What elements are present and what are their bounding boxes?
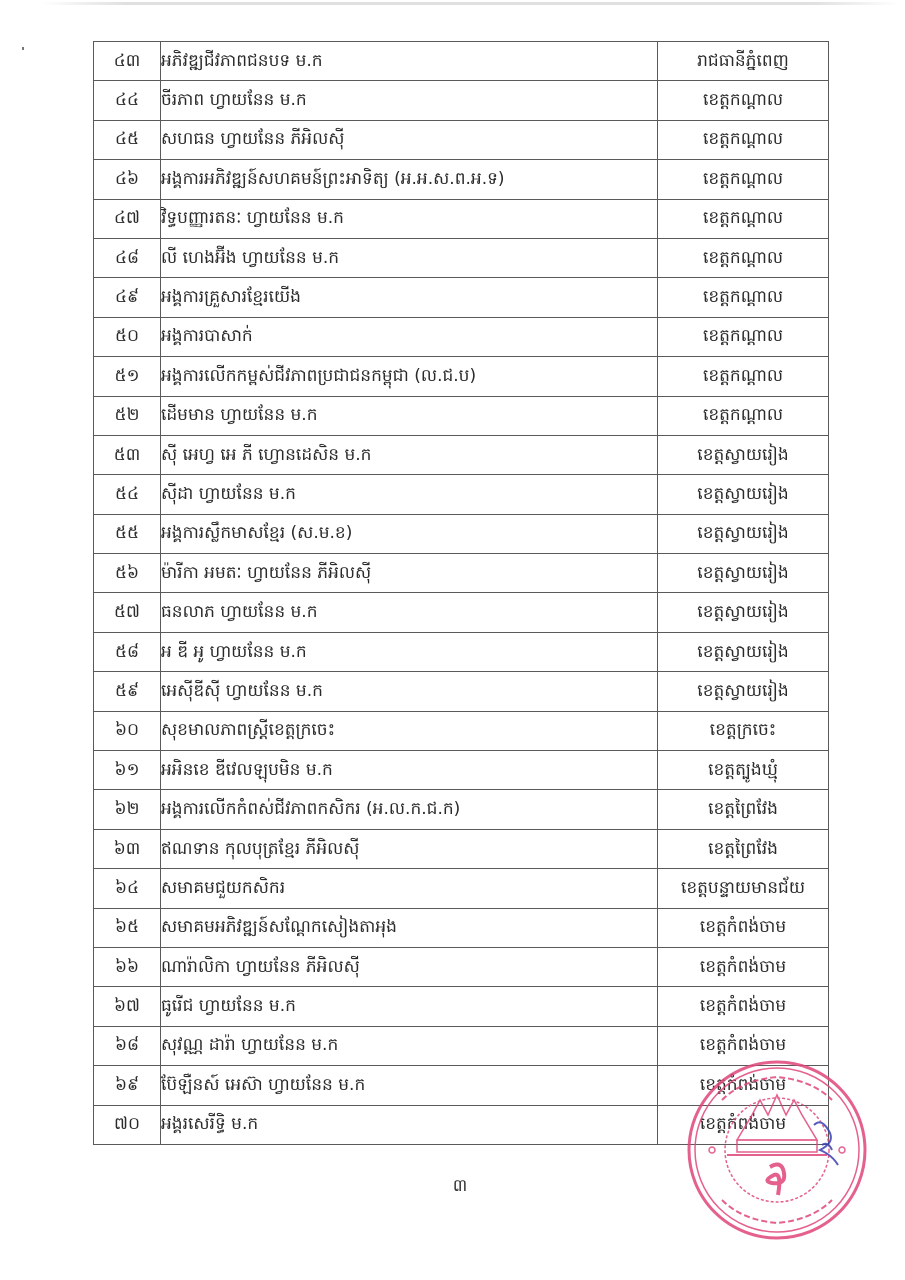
organization-name: អង្គការគ្រួសារខ្មែរយើង xyxy=(161,278,658,317)
row-number: ៤៧ xyxy=(94,199,161,238)
organization-table: ៤៣អភិវឌ្ឍជីវភាពជនបទ ម.ករាជធានីភ្នំពេញ៤៤ច… xyxy=(93,41,829,1145)
organization-location: ខេត្តកំពង់ចាម xyxy=(658,1105,829,1144)
organization-location: ខេត្តកណ្ដាល xyxy=(658,396,829,435)
organization-location: ខេត្តបន្ទាយមានជ័យ xyxy=(658,869,829,908)
organization-name: ដើមមាន ហ្វាយនែន ម.ក xyxy=(161,396,658,435)
organization-name: អង្គការអភិវឌ្ឍន៍សហគមន៍ព្រះអាទិត្យ (អ.អ.ស… xyxy=(161,160,658,199)
organization-name: ណារ៉ាលិកា ហ្វាយនែន ភីអិលស៊ី xyxy=(161,947,658,986)
row-number: ៥៦ xyxy=(94,554,161,593)
organization-name: សុខមាលភាពស្ត្រីខេត្តក្រចេះ xyxy=(161,711,658,750)
organization-name: ឥណទាន កុលបុត្រខ្មែរ ភីអិលស៊ី xyxy=(161,829,658,868)
row-number: ៥៨ xyxy=(94,632,161,671)
organization-name: ធូរើជ ហ្វាយនែន ម.ក xyxy=(161,987,658,1026)
organization-name: សុវណ្ណ ដារ៉ា ហ្វាយនែន ម.ក xyxy=(161,1026,658,1065)
table-row: ៦១អអិនខេ ឌីវេលឡុបមិន ម.កខេត្តត្បូងឃ្មុំ xyxy=(94,751,829,790)
table-row: ៤៣អភិវឌ្ឍជីវភាពជនបទ ម.ករាជធានីភ្នំពេញ xyxy=(94,42,829,81)
scan-edge-shadow xyxy=(40,2,900,5)
organization-location: ខេត្តកណ្ដាល xyxy=(658,199,829,238)
organization-name: ស៊ី អេហ្វ អេ ភី ហ្វោនដេសិន ម.ក xyxy=(161,435,658,474)
table-row: ៥៤ស៊ីដា ហ្វាយនែន ម.កខេត្តស្វាយរៀង xyxy=(94,475,829,514)
organization-location: ខេត្តកណ្ដាល xyxy=(658,160,829,199)
table-row: ៤៧វិទ្ធបញ្ញារតនៈ ហ្វាយនែន ម.កខេត្តកណ្ដាល xyxy=(94,199,829,238)
row-number: ៦៩ xyxy=(94,1066,161,1105)
organization-location: ខេត្តកំពង់ចាម xyxy=(658,1026,829,1065)
row-number: ៦៧ xyxy=(94,987,161,1026)
table-row: ៦៦ណារ៉ាលិកា ហ្វាយនែន ភីអិលស៊ីខេត្តកំពង់ច… xyxy=(94,947,829,986)
organization-name: អភិវឌ្ឍជីវភាពជនបទ ម.ក xyxy=(161,42,658,81)
organization-location: ខេត្តកណ្ដាល xyxy=(658,278,829,317)
organization-name: ម៉ារីកា អមតៈ ហ្វាយនែន ភីអិលស៊ី xyxy=(161,554,658,593)
organization-location: ខេត្តកណ្ដាល xyxy=(658,120,829,159)
organization-name: ចីរភាព ហ្វាយនែន ម.ក xyxy=(161,81,658,120)
table-row: ៤៨លី ហេងអ៊ីង ហ្វាយនែន ម.កខេត្តកណ្ដាល xyxy=(94,238,829,277)
organization-name: ប៊ែឡឺនស៍ អេស៊ា ហ្វាយនែន ម.ក xyxy=(161,1066,658,1105)
organization-name: សហធន ហ្វាយនែន ភីអិលស៊ី xyxy=(161,120,658,159)
table-row: ៥២ដើមមាន ហ្វាយនែន ម.កខេត្តកណ្ដាល xyxy=(94,396,829,435)
organization-location: ខេត្តកំពង់ចាម xyxy=(658,908,829,947)
table-row: ៤៩អង្គការគ្រួសារខ្មែរយើងខេត្តកណ្ដាល xyxy=(94,278,829,317)
organization-location: ខេត្តត្បូងឃ្មុំ xyxy=(658,751,829,790)
row-number: ៥៣ xyxy=(94,435,161,474)
organization-location: ខេត្តស្វាយរៀង xyxy=(658,672,829,711)
organization-table-body: ៤៣អភិវឌ្ឍជីវភាពជនបទ ម.ករាជធានីភ្នំពេញ៤៤ច… xyxy=(94,42,829,1145)
table-row: ៧០អង្គរសេរីទ្ធិ ម.កខេត្តកំពង់ចាម xyxy=(94,1105,829,1144)
row-number: ៦៥ xyxy=(94,908,161,947)
organization-name: សមាគមជួយកសិករ xyxy=(161,869,658,908)
row-number: ៤៩ xyxy=(94,278,161,317)
row-number: ៦៨ xyxy=(94,1026,161,1065)
row-number: ៤៣ xyxy=(94,42,161,81)
organization-name: សមាគមអភិវឌ្ឍន៍សណ្ដែកសៀងតាអុង xyxy=(161,908,658,947)
row-number: ៦៤ xyxy=(94,869,161,908)
table-row: ៥៦ម៉ារីកា អមតៈ ហ្វាយនែន ភីអិលស៊ីខេត្តស្វ… xyxy=(94,554,829,593)
organization-location: ខេត្តស្វាយរៀង xyxy=(658,632,829,671)
table-row: ៦៥សមាគមអភិវឌ្ឍន៍សណ្ដែកសៀងតាអុងខេត្តកំពង់… xyxy=(94,908,829,947)
organization-location: ខេត្តកំពង់ចាម xyxy=(658,1066,829,1105)
table-row: ៤៦អង្គការអភិវឌ្ឍន៍សហគមន៍ព្រះអាទិត្យ (អ.អ… xyxy=(94,160,829,199)
table-row: ៤៤ចីរភាព ហ្វាយនែន ម.កខេត្តកណ្ដាល xyxy=(94,81,829,120)
table-row: ៥៩អេស៊ីឌីស៊ី ហ្វាយនែន ម.កខេត្តស្វាយរៀង xyxy=(94,672,829,711)
table-row: ៦៤សមាគមជួយកសិករខេត្តបន្ទាយមានជ័យ xyxy=(94,869,829,908)
table-row: ៥៥អង្គការស្លឹកមាសខ្មែរ (ស.ម.ខ)ខេត្តស្វាយ… xyxy=(94,514,829,553)
organization-name: ធនលាភ ហ្វាយនែន ម.ក xyxy=(161,593,658,632)
row-number: ៦០ xyxy=(94,711,161,750)
organization-name: លី ហេងអ៊ីង ហ្វាយនែន ម.ក xyxy=(161,238,658,277)
row-number: ៦២ xyxy=(94,790,161,829)
table-row: ៦២អង្គការលើកកំពស់ជីវភាពកសិករ (អ.ល.ក.ជ.ក)… xyxy=(94,790,829,829)
table-row: ៥៨អ ឌី អូ ហ្វាយនែន ម.កខេត្តស្វាយរៀង xyxy=(94,632,829,671)
organization-name: វិទ្ធបញ្ញារតនៈ ហ្វាយនែន ម.ក xyxy=(161,199,658,238)
table-row: ៦៣ឥណទាន កុលបុត្រខ្មែរ ភីអិលស៊ីខេត្តព្រៃវ… xyxy=(94,829,829,868)
organization-location: ខេត្តកំពង់ចាម xyxy=(658,947,829,986)
organization-location: ខេត្តស្វាយរៀង xyxy=(658,435,829,474)
organization-location: ខេត្តក្រចេះ xyxy=(658,711,829,750)
row-number: ៤៤ xyxy=(94,81,161,120)
organization-location: ខេត្តព្រៃវែង xyxy=(658,829,829,868)
table-row: ៤៥សហធន ហ្វាយនែន ភីអិលស៊ីខេត្តកណ្ដាល xyxy=(94,120,829,159)
organization-location: ខេត្តស្វាយរៀង xyxy=(658,554,829,593)
table-row: ៥០អង្គការបាសាក់ខេត្តកណ្ដាល xyxy=(94,317,829,356)
organization-name: អង្គការស្លឹកមាសខ្មែរ (ស.ម.ខ) xyxy=(161,514,658,553)
row-number: ៤៦ xyxy=(94,160,161,199)
organization-location: ខេត្តកណ្ដាល xyxy=(658,317,829,356)
table-row: ៥៧ធនលាភ ហ្វាយនែន ម.កខេត្តស្វាយរៀង xyxy=(94,593,829,632)
row-number: ៦៣ xyxy=(94,829,161,868)
organization-location: ខេត្តស្វាយរៀង xyxy=(658,514,829,553)
organization-name: អង្គរសេរីទ្ធិ ម.ក xyxy=(161,1105,658,1144)
organization-location: ខេត្តកំពង់ចាម xyxy=(658,987,829,1026)
row-number: ៥១ xyxy=(94,357,161,396)
row-number: ៤៨ xyxy=(94,238,161,277)
row-number: ៥០ xyxy=(94,317,161,356)
organization-location: ខេត្តកណ្ដាល xyxy=(658,357,829,396)
organization-location: ខេត្តព្រៃវែង xyxy=(658,790,829,829)
table-row: ៥៣ស៊ី អេហ្វ អេ ភី ហ្វោនដេសិន ម.កខេត្តស្វ… xyxy=(94,435,829,474)
table-row: ៦៨សុវណ្ណ ដារ៉ា ហ្វាយនែន ម.កខេត្តកំពង់ចាម xyxy=(94,1026,829,1065)
table-row: ៦៩ប៊ែឡឺនស៍ អេស៊ា ហ្វាយនែន ម.កខេត្តកំពង់ច… xyxy=(94,1066,829,1105)
row-number: ៥៧ xyxy=(94,593,161,632)
row-number: ៦៦ xyxy=(94,947,161,986)
organization-location: ខេត្តស្វាយរៀង xyxy=(658,593,829,632)
organization-name: អង្គការលើកកំពស់ជីវភាពកសិករ (អ.ល.ក.ជ.ក) xyxy=(161,790,658,829)
scan-speck xyxy=(22,47,24,50)
row-number: ៦១ xyxy=(94,751,161,790)
row-number: ៥៥ xyxy=(94,514,161,553)
row-number: ៥២ xyxy=(94,396,161,435)
organization-name: ស៊ីដា ហ្វាយនែន ម.ក xyxy=(161,475,658,514)
row-number: ៥៩ xyxy=(94,672,161,711)
organization-location: ខេត្តស្វាយរៀង xyxy=(658,475,829,514)
table-row: ៦៧ធូរើជ ហ្វាយនែន ម.កខេត្តកំពង់ចាម xyxy=(94,987,829,1026)
row-number: ៧០ xyxy=(94,1105,161,1144)
table-row: ៦០សុខមាលភាពស្ត្រីខេត្តក្រចេះខេត្តក្រចេះ xyxy=(94,711,829,750)
row-number: ៥៤ xyxy=(94,475,161,514)
organization-name: អេស៊ីឌីស៊ី ហ្វាយនែន ម.ក xyxy=(161,672,658,711)
organization-location: ខេត្តកណ្ដាល xyxy=(658,81,829,120)
organization-location: រាជធានីភ្នំពេញ xyxy=(658,42,829,81)
organization-name: អ ឌី អូ ហ្វាយនែន ម.ក xyxy=(161,632,658,671)
page-number: ៣ xyxy=(440,1175,480,1200)
organization-name: អង្គការបាសាក់ xyxy=(161,317,658,356)
table-row: ៥១អង្គការលើកកម្ពស់ជីវភាពប្រជាជនកម្ពុជា (… xyxy=(94,357,829,396)
organization-location: ខេត្តកណ្ដាល xyxy=(658,238,829,277)
organization-name: អង្គការលើកកម្ពស់ជីវភាពប្រជាជនកម្ពុជា (ល.… xyxy=(161,357,658,396)
row-number: ៤៥ xyxy=(94,120,161,159)
organization-name: អអិនខេ ឌីវេលឡុបមិន ម.ក xyxy=(161,751,658,790)
